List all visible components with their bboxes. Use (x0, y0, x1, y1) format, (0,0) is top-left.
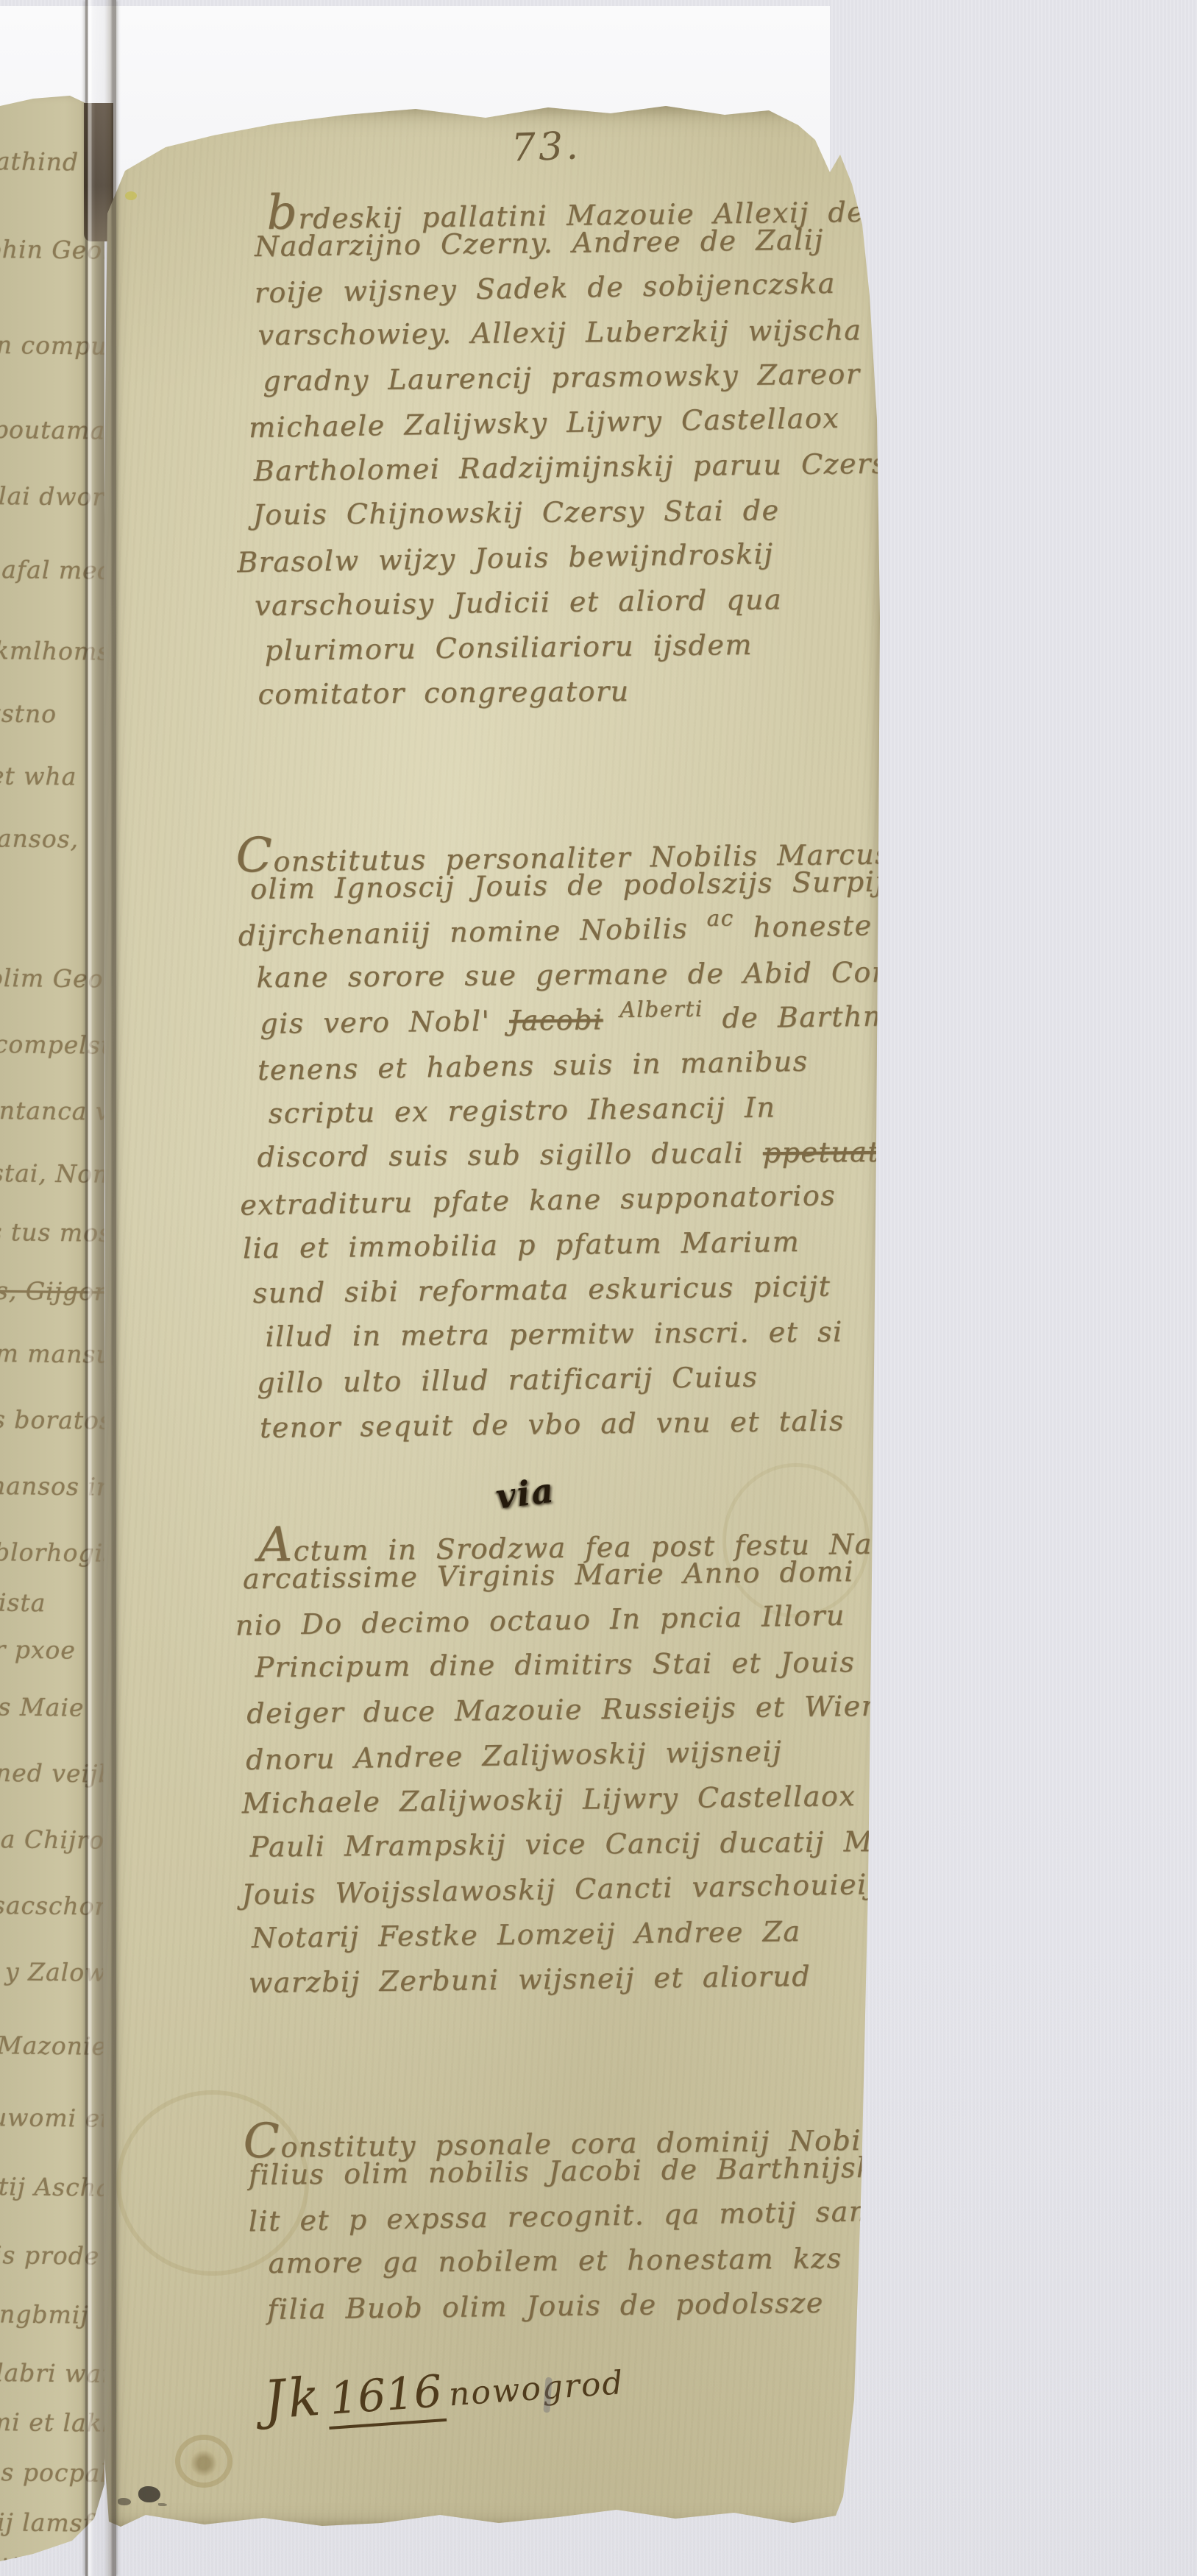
manuscript-line: scriptu ex registro Ihesancij In (268, 1089, 988, 1142)
manuscript-line: brdeskij pallatini Mazouie Allexij de (266, 177, 901, 230)
facing-page-text-fragment: ir pxoe (0, 1635, 76, 1664)
word-run: amore ga nobilem et honestam kzs (268, 2242, 842, 2279)
word-run: warzbij Zerbuni wijsneij et aliorud (248, 1960, 811, 1999)
word-run: Brasolw wijzy Jouis bewijndroskij (237, 537, 774, 578)
word-run: Pauli Mrampskij vice Cancij ducatij Mazo (249, 1825, 925, 1863)
manuscript-line: gillo ulto illud ratificarij Cuius (257, 1358, 992, 1412)
page-number: 73. (511, 124, 582, 170)
struck-word: ppetuate (763, 1136, 898, 1170)
manuscript-page: 73. via Jk 1616 nowogrod brdeskij pallat… (103, 103, 883, 2532)
manuscript-line: Constituty psonale cora dominij Nobilis … (243, 2105, 986, 2159)
manuscript-line: Constitutus personaliter Nobilis Marcus … (235, 819, 985, 873)
struck-word: Jacobi (509, 1003, 603, 1037)
word-run: dijrchenaniij nomine Nobilis (238, 912, 707, 952)
manuscript-line: roije wijsney Sadek de sobijenczska (254, 266, 893, 322)
glass-weight-strip (85, 0, 116, 2576)
inserted-word: ac (706, 905, 734, 931)
manuscript-line: tenor sequit de vbo ad vnu et talis (260, 1403, 989, 1457)
word-run: gradny Laurencij prasmowsky Zareor (263, 358, 861, 397)
facing-page-text-fragment: ansos, (0, 824, 79, 853)
word-run: honeste (734, 909, 873, 944)
word-run: sund sibi reformata eskuricus picijt (252, 1270, 831, 1309)
manuscript-line: varschowiey. Allexij Luberzkij wijscha (257, 314, 906, 364)
water-stain (175, 2435, 232, 2488)
word-run: kane sorore sue germane de Abid Com (256, 956, 899, 994)
manuscript-line: discord suis sub sigillo ducali ppetuate (257, 1135, 993, 1186)
manuscript-line: illud in metra permitw inscri. et si (265, 1314, 995, 1365)
manuscript-line: sund sibi reformata eskuricus picijt (252, 1268, 990, 1322)
facing-page-text-fragment: is Maie (0, 1692, 85, 1722)
word-run: deiger duce Mazouie Russieijs et Wieno (246, 1689, 898, 1730)
word-run: gis vero Nobl' (260, 1005, 509, 1040)
word-run: extradituru pfate kane supponatorios (240, 1179, 837, 1221)
word-run: scriptu ex registro Ihesancij In (268, 1091, 775, 1129)
manuscript-line: Michaele Zalijwoskij Lijwry Castellaox (241, 1779, 940, 1833)
facing-page-text-fragment: athind (0, 146, 79, 176)
facing-page-text-fragment: et wha (0, 761, 77, 790)
paragraph-4: Constituty psonale cora dominij Nobilis … (254, 2105, 984, 2338)
manuscript-line: warzbij Zerbuni wijsneij et aliorud (248, 1958, 942, 2012)
inserted-word: Alberti (603, 995, 703, 1022)
scanned-manuscript-view: athindohin Georgijon compulsepoutama dwl… (0, 0, 1197, 2576)
paragraph-1: brdeskij pallatini Mazouie Allexij deNad… (254, 177, 903, 724)
ink-speck (138, 2486, 160, 2502)
word-run: plurimoru Consiliarioru ijsdem (264, 629, 753, 667)
paragraph-3: Actum in Srodzwa fea post festu Natiuita… (254, 1510, 938, 2011)
manuscript-line: comitator congregatoru (257, 673, 911, 723)
annotation-initials: Jk (262, 2366, 325, 2431)
manuscript-line: filia Buob olim Jouis de podolssze (267, 2285, 988, 2338)
word-run: Principum dine dimitirs Stai et Jouis (255, 1646, 855, 1683)
word-run: Bartholomei Radzijmijnskij paruu Czersy (253, 447, 903, 487)
facing-page-text-fragment: lingbmij (0, 2299, 89, 2329)
manuscript-line: Principum dine dimitirs Stai et Jouis (255, 1645, 942, 1696)
word-run: comitator congregatoru (257, 675, 629, 710)
manuscript-line: plurimoru Consiliarioru ijsdem (264, 626, 906, 679)
archivist-annotation: Jk 1616 nowogrod (262, 2344, 626, 2431)
word-run: discord suis sub sigillo ducali (257, 1136, 763, 1173)
paragraph-2: Constitutus personaliter Nobilis Marcus … (254, 819, 989, 1457)
word-run: illud in metra permitw inscri. et si (265, 1315, 843, 1353)
word-run: de Barthmkij (703, 999, 928, 1035)
ink-blot-correction: via (494, 1470, 557, 1516)
annotation-place: nowogrod (447, 2364, 625, 2414)
facing-page-text-fragment: ltstno (0, 698, 57, 728)
manuscript-line: amore ga nobilem et honestam kzs (268, 2240, 992, 2292)
word-run: Jouis Chijnowskij Czersy Stai de (252, 494, 779, 531)
manuscript-line: gis vero Nobl' Jacobi Alberti de Barthmk… (260, 999, 987, 1052)
word-run: filia Buob olim Jouis de podolssze (267, 2287, 824, 2326)
annotation-year: 1616 (325, 2366, 447, 2430)
manuscript-line: Actum in Srodzwa fea post festu Natiuit (257, 1510, 937, 1563)
manuscript-line: varschouisy Judicii et aliord qua (255, 581, 903, 634)
yellow-fleck (125, 191, 137, 200)
facing-page-text-fragment: ista (0, 1588, 46, 1618)
manuscript-line: Jouis Chijnowskij Czersy Stai de (252, 493, 909, 544)
word-run: Constituty psonale cora dominij Nobilis … (243, 2123, 986, 2164)
manuscript-line: Bartholomei Radzijmijnskij paruu Czersy (253, 447, 904, 500)
word-run: Michaele Zalijwoskij Lijwry Castellaox (241, 1780, 856, 1819)
word-run: varschowiey. Allexij Luberzkij wijscha (257, 314, 862, 351)
word-run: gillo ulto illud ratificarij Cuius (257, 1361, 759, 1399)
